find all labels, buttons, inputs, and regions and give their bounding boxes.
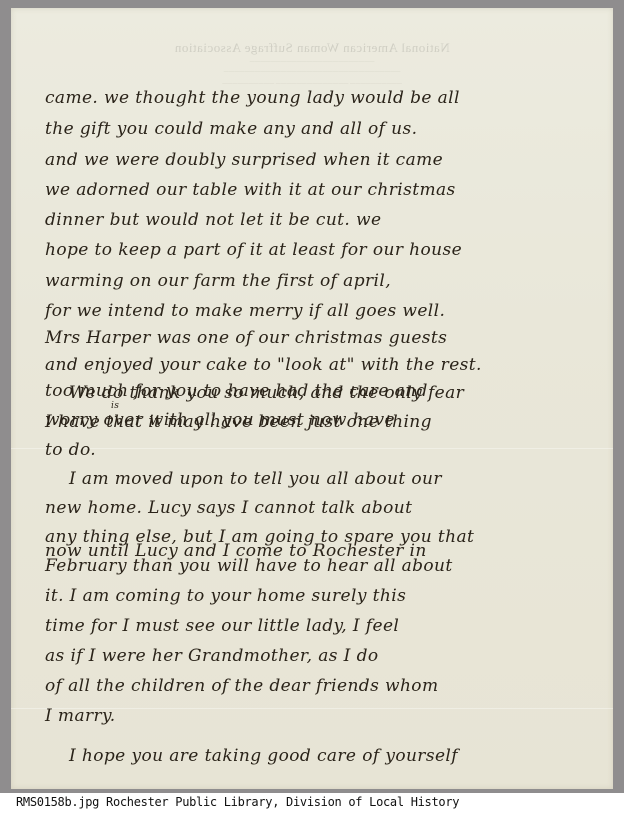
image-caption: RMS0158b.jpg Rochester Public Library, D… <box>16 794 459 811</box>
handwritten-line: I hope you are taking good care of yours… <box>69 746 458 766</box>
handwritten-line: worry over with all you must now have <box>45 410 395 430</box>
letterhead-subline: —————————— —————————————— —————————— <box>11 82 613 87</box>
letterhead-subline: —————————————————————————————————— <box>11 70 613 75</box>
handwritten-line: new home. Lucy says I cannot talk about <box>45 498 412 518</box>
handwritten-line: I am moved upon to tell you all about ou… <box>69 469 442 489</box>
handwritten-line: hope to keep a part of it at least for o… <box>45 240 462 260</box>
handwritten-line: Mrs Harper was one of our christmas gues… <box>45 328 447 348</box>
handwritten-line: for we intend to make merry if all goes … <box>45 301 445 321</box>
handwritten-line: time for I must see our little lady, I f… <box>45 616 399 636</box>
handwritten-line: and we were doubly surprised when it cam… <box>45 150 443 170</box>
handwritten-line: dinner but would not let it be cut. we <box>45 210 381 230</box>
paper-fold-line <box>11 448 613 449</box>
handwritten-line: of all the children of the dear friends … <box>45 676 438 696</box>
handwritten-line: February than you will have to hear all … <box>45 556 453 576</box>
handwritten-line: and enjoyed your cake to "look at" with … <box>45 355 482 375</box>
handwritten-line: warming on our farm the first of april, <box>45 271 391 291</box>
handwritten-line: to do. <box>45 440 96 460</box>
handwritten-line: too much for you to have had the care an… <box>45 381 428 401</box>
letterhead-bleedthrough: National American Woman Suffrage Associa… <box>11 40 613 56</box>
handwritten-line: it. I am coming to your home surely this <box>45 586 406 606</box>
handwritten-line: came. we thought the young lady would be… <box>45 88 460 108</box>
letterhead-subline: ———————————————————————— <box>11 60 613 65</box>
handwritten-line: I marry. <box>45 706 116 726</box>
handwritten-line: the gift you could make any and all of u… <box>45 119 417 139</box>
letter-page: National American Woman Suffrage Associa… <box>11 8 613 789</box>
handwritten-line: as if I were her Grandmother, as I do <box>45 646 379 666</box>
handwritten-line: we adorned our table with it at our chri… <box>45 180 456 200</box>
